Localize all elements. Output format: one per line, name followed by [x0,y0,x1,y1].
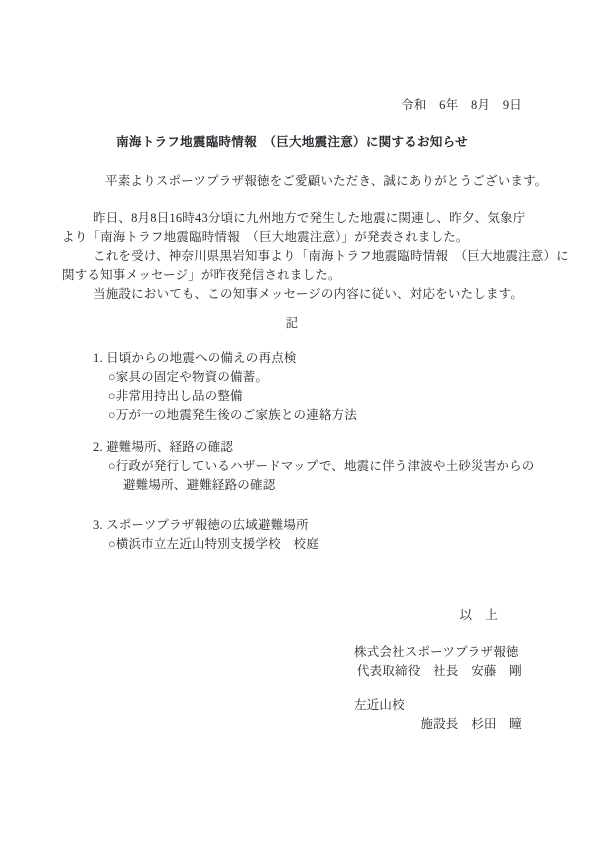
list-item-2: 2. 避難場所、経路の確認 ○行政が発行しているハザードマップで、地震に伴う津波… [62,438,522,495]
document-page: 令和 6年 8月 9日 南海トラフ地震臨時情報 （巨大地震注意）に関するお知らせ… [0,0,595,842]
body-line: これを受け、神奈川県黒岩知事より「南海トラフ地震臨時情報 （巨大地震注意）に [62,247,522,266]
body-paragraphs: 昨日、8月8日16時43分頃に九州地方で発生した地震に関連し、昨夕、気象庁 より… [62,209,522,304]
list-subitem: ○万が一の地震発生後のご家族との連絡方法 [62,406,522,425]
list-item-1: 1. 日頃からの地震への備えの再点検 ○家具の固定や物資の備蓄。 ○非常用持出し… [62,349,522,425]
body-line: 昨日、8月8日16時43分頃に九州地方で発生した地震に関連し、昨夕、気象庁 [62,209,522,228]
signature-company: 株式会社スポーツプラザ報徳 [354,643,522,662]
list-item-heading: 3. スポーツプラザ報徳の広域避難場所 [62,516,522,535]
list-subitem: ○家具の固定や物資の備蓄。 [62,368,522,387]
list-item-heading: 1. 日頃からの地震への備えの再点検 [62,349,522,368]
signature-manager: 施設長 杉田 瞳 [354,715,522,734]
body-line: より「南海トラフ地震臨時情報 （巨大地震注意）」が発表されました。 [62,228,522,247]
list-subitem: ○横浜市立左近山特別支援学校 校庭 [62,535,522,554]
list-subitem: ○行政が発行しているハザードマップで、地震に伴う津波や土砂災害からの [62,457,522,476]
list-subitem: ○非常用持出し品の整備 [62,387,522,406]
body-line: 関する知事メッセージ」が昨夜発信されました。 [62,266,522,285]
list-subitem-continuation: 避難場所、避難経路の確認 [62,476,522,495]
list-item-3: 3. スポーツプラザ報徳の広域避難場所 ○横浜市立左近山特別支援学校 校庭 [62,516,522,554]
record-marker: 記 [62,314,522,333]
body-line: 当施設においても、この知事メッセージの内容に従い、対応をいたします。 [62,285,522,304]
date-line: 令和 6年 8月 9日 [62,96,522,115]
document-title: 南海トラフ地震臨時情報 （巨大地震注意）に関するお知らせ [62,133,522,152]
closing-mark: 以 上 [62,606,522,625]
list-item-heading: 2. 避難場所、経路の確認 [62,438,522,457]
signature-branch: 左近山校 [354,696,522,715]
signature-representative: 代表取締役 社長 安藤 剛 [354,662,522,681]
signature-block: 株式会社スポーツプラザ報徳 代表取締役 社長 安藤 剛 左近山校 施設長 杉田 … [354,643,522,734]
greeting-line: 平素よりスポーツプラザ報徳をご愛顧いただき、誠にありがとうございます。 [62,172,522,191]
